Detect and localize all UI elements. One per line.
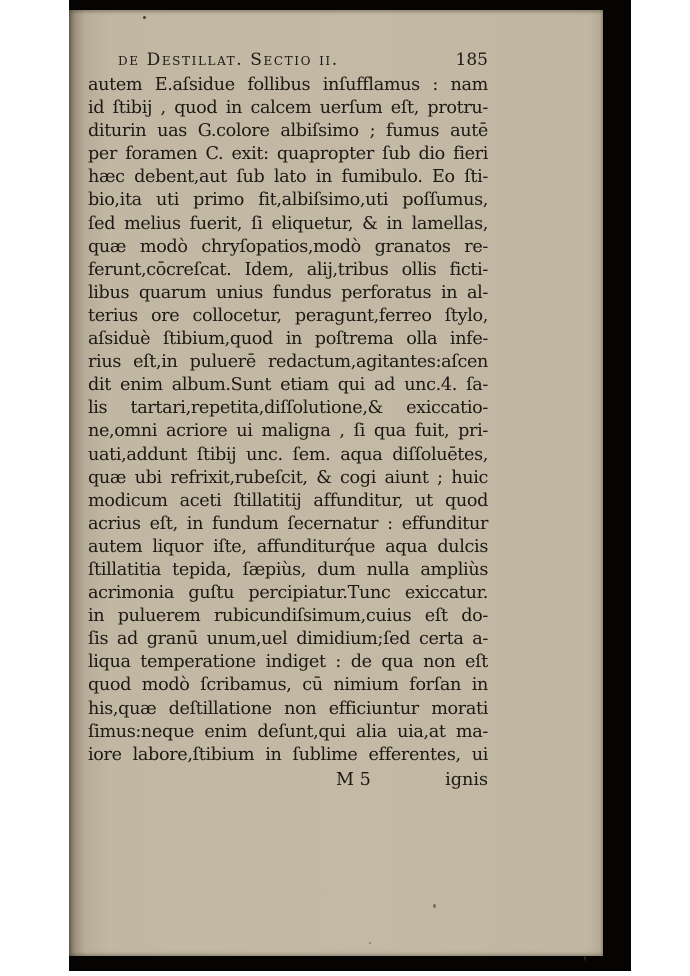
page-text: de Destillat. Sectio ii. 185 autem E.aſs… <box>88 50 488 793</box>
text-line: ſed melius fuerit, ſi eliquetur, & in la… <box>88 213 488 236</box>
text-line: modicum aceti ſtillatitij affunditur, ut… <box>88 490 488 513</box>
text-line: uati,addunt ſtibij unc. ſem. aqua diſſol… <box>88 444 488 467</box>
text-line: dit enim album.Sunt etiam qui ad unc.4. … <box>88 374 488 397</box>
catchword: ignis <box>445 767 488 793</box>
text-line: rius eſt,in puluerē redactum,agitantes:a… <box>88 351 488 374</box>
text-line: ſis ad granū unum,uel dimidium;ſed certa… <box>88 628 488 651</box>
text-line: ſimus:neque enim deſunt,qui alia uia,at … <box>88 721 488 744</box>
running-head-title: de Destillat. Sectio ii. <box>118 50 339 70</box>
paper-speck <box>369 942 371 944</box>
text-line: id ſtibij , quod in calcem uerſum eſt, p… <box>88 97 488 120</box>
text-line: quæ modò chryſopatios,modò granatos re- <box>88 236 488 259</box>
text-line: ſtillatitia tepida, ſæpiùs, dum nulla am… <box>88 559 488 582</box>
text-line: quæ ubi refrixit,rubeſcit, & cogi aiunt … <box>88 467 488 490</box>
text-line: hæc debent,aut ſub lato in fumibulo. Eo … <box>88 166 488 189</box>
text-line: acrimonia guſtu percipiatur.Tunc exiccat… <box>88 582 488 605</box>
text-line: ferunt,cōcreſcat. Idem, alij,tribus olli… <box>88 259 488 282</box>
paper-speck <box>143 16 146 19</box>
text-line: libus quarum unius fundus perforatus in … <box>88 282 488 305</box>
text-line: iore labore,ſtibium in ſublime efferente… <box>88 744 488 767</box>
page-number: 185 <box>456 50 488 70</box>
text-line: terius ore collocetur, peragunt,ferreo ſ… <box>88 305 488 328</box>
text-line: diturin uas G.colore albiſsimo ; fumus a… <box>88 120 488 143</box>
text-line: ne,omni acriore ui maligna , ſi qua fuit… <box>88 420 488 443</box>
catchline: M 5 ignis <box>88 767 488 793</box>
text-line: bio,ita uti primo fit,albiſsimo,uti poſſ… <box>88 189 488 212</box>
text-line: per foramen C. exit: quapropter ſub dio … <box>88 143 488 166</box>
text-line: quod modò ſcribamus, cū nimium forſan in <box>88 674 488 697</box>
paper-speck <box>584 955 586 961</box>
paper-speck <box>433 904 436 908</box>
body-text: autem E.aſsidue follibus inſufflamus : n… <box>88 74 488 767</box>
running-head: de Destillat. Sectio ii. 185 <box>88 50 488 74</box>
signature-mark: M 5 <box>336 767 371 793</box>
text-line: lis tartari,repetita,diſſolutione,& exic… <box>88 397 488 420</box>
text-line: autem E.aſsidue follibus inſufflamus : n… <box>88 74 488 97</box>
text-line: liqua temperatione indiget : de qua non … <box>88 651 488 674</box>
text-line: in puluerem rubicundiſsimum,cuius eſt do… <box>88 605 488 628</box>
text-line: his,quæ deſtillatione non efficiuntur mo… <box>88 698 488 721</box>
text-line: aſsiduè ſtibium,quod in poſtrema olla in… <box>88 328 488 351</box>
text-line: acrius eſt, in fundum ſecernatur : effun… <box>88 513 488 536</box>
text-line: autem liquor iſte, affunditurq́ue aqua d… <box>88 536 488 559</box>
